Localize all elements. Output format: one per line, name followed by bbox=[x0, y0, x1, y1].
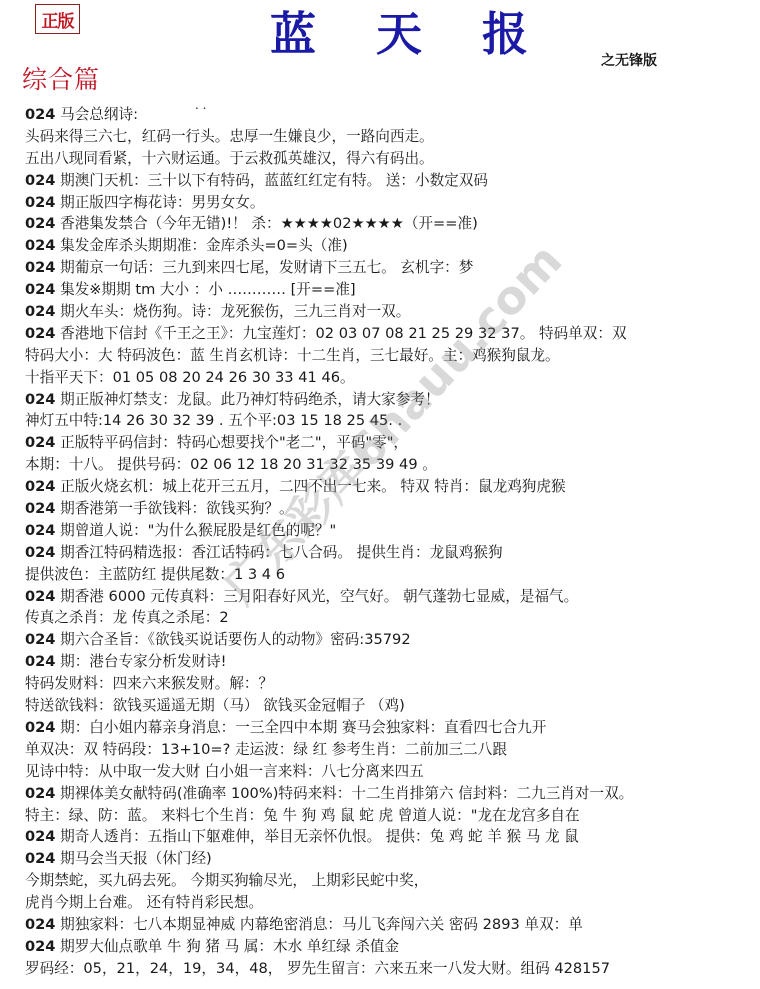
issue-number: 024 bbox=[25, 850, 55, 867]
line-text: 期火车头：烧伤狗。诗：龙死猴伤，三九三肖对一双。 bbox=[55, 303, 410, 320]
line-text: 集发金库杀头期期准：金库杀头=0=头（准) bbox=[55, 237, 347, 254]
content-line: 024 期香港 6000 元传真料：三月阳春好风光，空气好。 朝气蓬勃七显威，是… bbox=[25, 586, 755, 608]
content-line: 024 集发金库杀头期期准：金库杀头=0=头（准) bbox=[25, 235, 755, 257]
content-line: 虎肖今期上台难。 还有特肖彩民想。 bbox=[25, 892, 755, 914]
line-text: 特送欲钱料：欲钱买遥遥无期（马） 欲钱买金冠帽子 （鸡) bbox=[25, 697, 405, 714]
issue-number: 024 bbox=[25, 434, 55, 451]
line-text: 期香江特码精选报：香江话特码：七八合码。 提供生肖：龙鼠鸡猴狗 bbox=[55, 544, 502, 561]
line-text: 期裸体美女献特码(准确率 100%)特码来料：十二生肖排第六 信封料：二九三肖对… bbox=[55, 785, 633, 802]
content-line: 024 期火车头：烧伤狗。诗：龙死猴伤，三九三肖对一双。 bbox=[25, 301, 755, 323]
issue-number: 024 bbox=[25, 500, 55, 517]
line-text: 传真之杀肖：龙 传真之杀尾：2 bbox=[25, 609, 229, 626]
line-text: 十指平天下：01 05 08 20 24 26 30 33 41 46。 bbox=[25, 369, 355, 386]
content-line: 见诗中特：从中取一发大财 白小姐一言来料：八七分离来四五 bbox=[25, 761, 755, 783]
line-text: 香港地下信封《千王之王》：九宝莲灯：02 03 07 08 21 25 29 3… bbox=[55, 325, 626, 342]
content-line: 024 正版火烧玄机：城上花开三五月，二四不出一七来。 特双 特肖：鼠龙鸡狗虎猴 bbox=[25, 476, 755, 498]
content-line: 024 期：港台专家分析发财诗! bbox=[25, 651, 755, 673]
line-text: 五出八现同看紧，十六财运通。于云救孤英雄汉，得六有码出。 bbox=[25, 150, 434, 167]
line-text: 期：白小姐内幕亲身消息：一三全四中本期 赛马会独家料：直看四七合九开 bbox=[55, 719, 546, 736]
content-line: 024 期马会当天报（休门经) bbox=[25, 848, 755, 870]
line-text: 期：港台专家分析发财诗! bbox=[55, 653, 226, 670]
page-title: 蓝 天 报 bbox=[270, 0, 550, 64]
content-line: 024 期曾道人说："为什么猴屁股是红色的呢？" bbox=[25, 520, 755, 542]
line-text: 期马会当天报（休门经) bbox=[55, 850, 211, 867]
line-text: 正版特平码信封：特码心想要找个"老二"，平码"零"， bbox=[55, 434, 408, 451]
issue-number: 024 bbox=[25, 653, 55, 670]
line-text: 香港集发禁合（今年无错)!！ 杀：★★★★02★★★★（开==准) bbox=[55, 215, 477, 232]
content-line: 024 正版特平码信封：特码心想要找个"老二"，平码"零"， bbox=[25, 432, 755, 454]
line-text: 期葡京一句话：三九到来四七尾，发财请下三五七。 玄机字：梦 bbox=[55, 259, 473, 276]
content-line: 024 期香港第一手欲钱料：欲钱买狗？。 bbox=[25, 498, 755, 520]
content-line: 024 期裸体美女献特码(准确率 100%)特码来料：十二生肖排第六 信封料：二… bbox=[25, 783, 755, 805]
line-text: 马会总纲诗: bbox=[55, 106, 138, 123]
line-text: 期奇人透肖：五指山下躯难伸，举目无亲怀仇恨。 提供：兔 鸡 蛇 羊 猴 马 龙 … bbox=[55, 828, 578, 845]
line-text: 正版火烧玄机：城上花开三五月，二四不出一七来。 特双 特肖：鼠龙鸡狗虎猴 bbox=[55, 478, 565, 495]
line-text: 特码大小：大 特码波色：蓝 生肖玄机诗：十二生肖，三七最好。主：鸡猴狗鼠龙。 bbox=[25, 347, 560, 364]
content-line: 特主：绿、防：蓝。 来料七个生肖：兔 牛 狗 鸡 鼠 蛇 虎 曾道人说："龙在龙… bbox=[25, 805, 755, 827]
content-line: 十指平天下：01 05 08 20 24 26 30 33 41 46。 bbox=[25, 367, 755, 389]
issue-number: 024 bbox=[25, 828, 55, 845]
line-text: 期香港第一手欲钱料：欲钱买狗？。 bbox=[55, 500, 293, 517]
issue-number: 024 bbox=[25, 215, 55, 232]
issue-number: 024 bbox=[25, 478, 55, 495]
content-line: 024 马会总纲诗: bbox=[25, 104, 755, 126]
issue-number: 024 bbox=[25, 544, 55, 561]
content-line: 024 期澳门天机：三十以下有特码，蓝蓝红红定有特。 送：小数定双码 bbox=[25, 170, 755, 192]
content-line: 单双决：双 特码段：13+10=? 走运波：绿 红 参考生肖：二前加三二八跟 bbox=[25, 739, 755, 761]
content-line: 罗码经：05，21，24，19，34，48， 罗先生留言：六来五来一八发大财。组… bbox=[25, 958, 755, 980]
line-text: 虎肖今期上台难。 还有特肖彩民想。 bbox=[25, 894, 263, 911]
issue-number: 024 bbox=[25, 391, 55, 408]
line-text: 期曾道人说："为什么猴屁股是红色的呢？" bbox=[55, 522, 336, 539]
issue-number: 024 bbox=[25, 916, 55, 933]
line-text: 集发※期期 tm 大小 ：小 ………… [开==准] bbox=[55, 281, 355, 298]
content-line: 024 期正版四字梅花诗：男男女女。 bbox=[25, 192, 755, 214]
line-text: 期正版神灯禁支：龙鼠。此乃神灯特码绝杀，请大家参考！ bbox=[55, 391, 439, 408]
line-text: 期正版四字梅花诗：男男女女。 bbox=[55, 194, 264, 211]
content-line: 024 期葡京一句话：三九到来四七尾，发财请下三五七。 玄机字：梦 bbox=[25, 257, 755, 279]
issue-number: 024 bbox=[25, 237, 55, 254]
edition-label: 之无锋版 bbox=[601, 50, 657, 70]
line-text: 期澳门天机：三十以下有特码，蓝蓝红红定有特。 送：小数定双码 bbox=[55, 172, 488, 189]
issue-number: 024 bbox=[25, 588, 55, 605]
line-text: 期香港 6000 元传真料：三月阳春好风光，空气好。 朝气蓬勃七显威，是福气。 bbox=[55, 588, 578, 605]
content-line: 传真之杀肖：龙 传真之杀尾：2 bbox=[25, 607, 755, 629]
content-line: 024 集发※期期 tm 大小 ：小 ………… [开==准] bbox=[25, 279, 755, 301]
line-text: 神灯五中特:14 26 30 32 39 . 五个平:03 15 18 25 4… bbox=[25, 412, 402, 429]
content-line: 024 期罗大仙点歌单 牛 狗 猪 马 属：木水 单红绿 杀值金 bbox=[25, 936, 755, 958]
line-text: 特主：绿、防：蓝。 来料七个生肖：兔 牛 狗 鸡 鼠 蛇 虎 曾道人说："龙在龙… bbox=[25, 807, 580, 824]
content-line: 本期：十八。 提供号码：02 06 12 18 20 31 32 35 39 4… bbox=[25, 454, 755, 476]
authentic-edition-badge: 正版 bbox=[35, 4, 80, 34]
issue-number: 024 bbox=[25, 172, 55, 189]
issue-number: 024 bbox=[25, 785, 55, 802]
line-text: 本期：十八。 提供号码：02 06 12 18 20 31 32 35 39 4… bbox=[25, 456, 437, 473]
section-title: 综合篇 bbox=[22, 60, 100, 96]
content-line: 024 香港地下信封《千王之王》：九宝莲灯：02 03 07 08 21 25 … bbox=[25, 323, 755, 345]
issue-number: 024 bbox=[25, 106, 55, 123]
content-line: 024 期奇人透肖：五指山下躯难伸，举目无亲怀仇恨。 提供：兔 鸡 蛇 羊 猴 … bbox=[25, 826, 755, 848]
content-line: 024 期独家料：七八本期显神威 内幕绝密消息：马儿飞奔闯六关 密码 2893 … bbox=[25, 914, 755, 936]
issue-number: 024 bbox=[25, 303, 55, 320]
line-text: 单双决：双 特码段：13+10=? 走运波：绿 红 参考生肖：二前加三二八跟 bbox=[25, 741, 507, 758]
content-line: 特送欲钱料：欲钱买遥遥无期（马） 欲钱买金冠帽子 （鸡) bbox=[25, 695, 755, 717]
content-line: 今期禁蛇，买九码去死。 今期买狗输尽光， 上期彩民蛇中奖， bbox=[25, 870, 755, 892]
issue-number: 024 bbox=[25, 522, 55, 539]
issue-number: 024 bbox=[25, 938, 55, 955]
content-line: 提供波色：主蓝防红 提供尾数：1 3 4 6 bbox=[25, 564, 755, 586]
line-text: 见诗中特：从中取一发大财 白小姐一言来料：八七分离来四五 bbox=[25, 763, 424, 780]
content-line: 特码大小：大 特码波色：蓝 生肖玄机诗：十二生肖，三七最好。主：鸡猴狗鼠龙。 bbox=[25, 345, 755, 367]
line-text: 今期禁蛇，买九码去死。 今期买狗输尽光， 上期彩民蛇中奖， bbox=[25, 872, 428, 889]
issue-number: 024 bbox=[25, 325, 55, 342]
content-line: 头码来得三六七，红码一行头。忠厚一生嫌良少，一路向西走。 bbox=[25, 126, 755, 148]
content-lines: 024 马会总纲诗:头码来得三六七，红码一行头。忠厚一生嫌良少，一路向西走。五出… bbox=[25, 104, 755, 980]
content-line: 特码发财料：四来六来猴发财。解：？ bbox=[25, 673, 755, 695]
line-text: 头码来得三六七，红码一行头。忠厚一生嫌良少，一路向西走。 bbox=[25, 128, 434, 145]
content-line: 024 期正版神灯禁支：龙鼠。此乃神灯特码绝杀，请大家参考！ bbox=[25, 389, 755, 411]
content-line: 五出八现同看紧，十六财运通。于云救孤英雄汉，得六有码出。 bbox=[25, 148, 755, 170]
line-text: 期六合圣旨：《欲钱买说话要伤人的动物》密码:35792 bbox=[55, 631, 410, 648]
issue-number: 024 bbox=[25, 281, 55, 298]
issue-number: 024 bbox=[25, 719, 55, 736]
line-text: 罗码经：05，21，24，19，34，48， 罗先生留言：六来五来一八发大财。组… bbox=[25, 960, 610, 977]
line-text: 特码发财料：四来六来猴发财。解：？ bbox=[25, 675, 273, 692]
issue-number: 024 bbox=[25, 631, 55, 648]
issue-number: 024 bbox=[25, 194, 55, 211]
content-line: 024 期六合圣旨：《欲钱买说话要伤人的动物》密码:35792 bbox=[25, 629, 755, 651]
line-text: 期独家料：七八本期显神威 内幕绝密消息：马儿飞奔闯六关 密码 2893 单双：单 bbox=[55, 916, 582, 933]
line-text: 提供波色：主蓝防红 提供尾数：1 3 4 6 bbox=[25, 566, 285, 583]
content-line: 神灯五中特:14 26 30 32 39 . 五个平:03 15 18 25 4… bbox=[25, 410, 755, 432]
content-line: 024 期香江特码精选报：香江话特码：七八合码。 提供生肖：龙鼠鸡猴狗 bbox=[25, 542, 755, 564]
content-line: 024 香港集发禁合（今年无错)!！ 杀：★★★★02★★★★（开==准) bbox=[25, 213, 755, 235]
issue-number: 024 bbox=[25, 259, 55, 276]
content-line: 024 期：白小姐内幕亲身消息：一三全四中本期 赛马会独家料：直看四七合九开 bbox=[25, 717, 755, 739]
line-text: 期罗大仙点歌单 牛 狗 猪 马 属：木水 单红绿 杀值金 bbox=[55, 938, 399, 955]
